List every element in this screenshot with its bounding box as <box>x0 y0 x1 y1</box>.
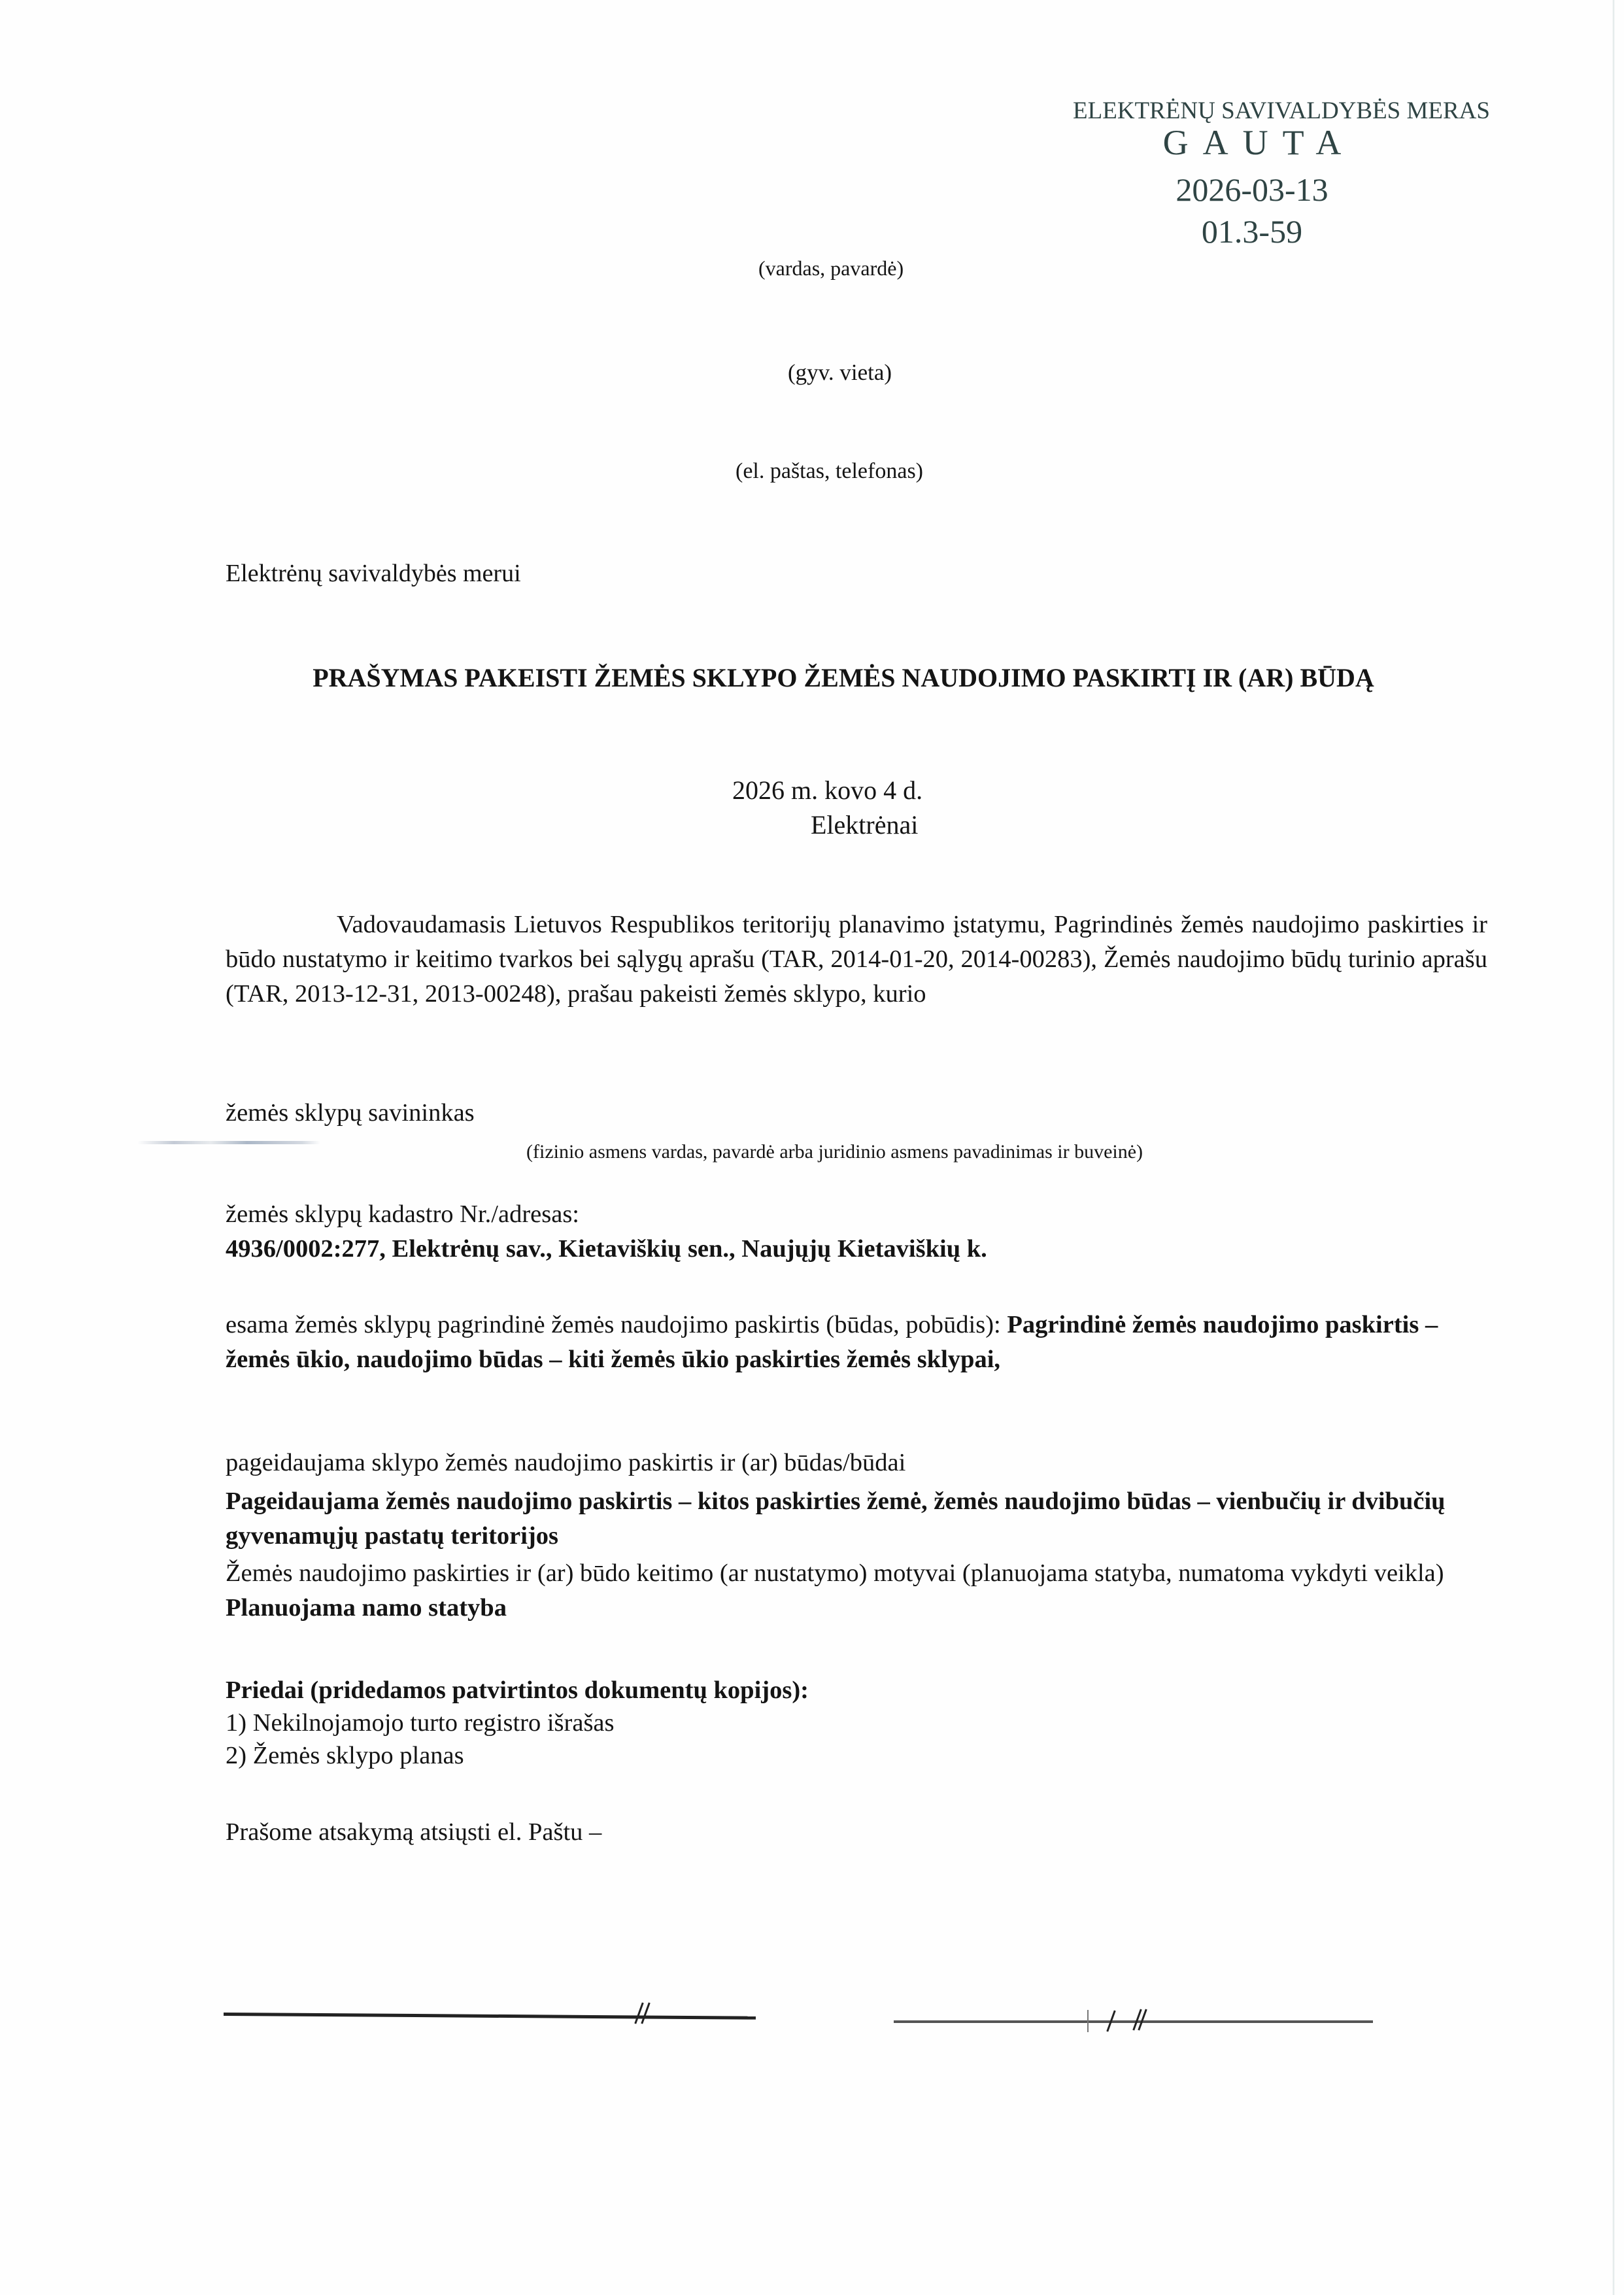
current-use-label: esama žemės sklypų pagrindinė žemės naud… <box>226 1311 1007 1338</box>
motives-paragraph: Žemės naudojimo paskirties ir (ar) būdo … <box>226 1556 1487 1625</box>
cadastre-value: 4936/0002:277, Elektrėnų sav., Kietavišk… <box>226 1234 987 1263</box>
owner-redacted-mark <box>137 1141 320 1144</box>
signature-line-left <box>224 2013 756 2020</box>
current-use-paragraph: esama žemės sklypų pagrindinė žemės naud… <box>226 1308 1487 1377</box>
applicant-contact-caption: (el. paštas, telefonas) <box>736 459 923 484</box>
intro-paragraph: Vadovaudamasis Lietuvos Respublikos teri… <box>226 908 1487 1011</box>
desired-use-value: Pageidaujama žemės naudojimo paskirtis –… <box>226 1484 1487 1554</box>
scanned-document-page: ELEKTRĖNŲ SAVIVALDYBĖS MERAS GAUTA 2026-… <box>0 0 1624 2295</box>
stamp-received-date: 2026-03-13 <box>1000 171 1504 208</box>
applicant-name-caption: (vardas, pavardė) <box>758 256 904 280</box>
addressee: Elektrėnų savivaldybės merui <box>226 559 521 588</box>
signature-line-right <box>894 2020 1373 2023</box>
owner-hint: (fizinio asmens vardas, pavardė arba jur… <box>526 1141 1143 1163</box>
cadastre-label: žemės sklypų kadastro Nr./adresas: <box>226 1200 579 1229</box>
document-title: PRAŠYMAS PAKEISTI ŽEMĖS SKLYPO ŽEMĖS NAU… <box>216 659 1471 697</box>
owner-label: žemės sklypų savininkas <box>226 1098 475 1127</box>
motives-value: Planuojama namo statyba <box>226 1594 507 1622</box>
document-date: 2026 m. kovo 4 d. <box>732 775 922 806</box>
applicant-address-caption: (gyv. vieta) <box>788 360 892 386</box>
document-place: Elektrėnai <box>811 809 918 840</box>
attachment-item: 2) Žemės sklypo planas <box>226 1739 809 1772</box>
stamp-organization: ELEKTRĖNŲ SAVIVALDYBĖS MERAS <box>1059 98 1504 124</box>
attachment-item: 1) Nekilnojamojo turto registro išrašas <box>226 1707 809 1739</box>
stamp-status: GAUTA <box>1000 124 1504 161</box>
motives-label: Žemės naudojimo paskirties ir (ar) būdo … <box>226 1559 1444 1587</box>
signature-mark <box>1087 2010 1089 2032</box>
stamp-registration-number: 01.3-59 <box>1000 213 1504 250</box>
attachments-section: Priedai (pridedamos patvirtintos dokumen… <box>226 1674 809 1772</box>
attachments-heading: Priedai (pridedamos patvirtintos dokumen… <box>226 1674 809 1707</box>
scan-edge-artifact <box>1612 0 1615 2295</box>
reply-request: Prašome atsakymą atsiųsti el. Paštu – <box>226 1818 601 1846</box>
registration-stamp: ELEKTRĖNŲ SAVIVALDYBĖS MERAS GAUTA 2026-… <box>1059 98 1504 250</box>
desired-use-label: pageidaujama sklypo žemės naudojimo pask… <box>226 1448 905 1477</box>
